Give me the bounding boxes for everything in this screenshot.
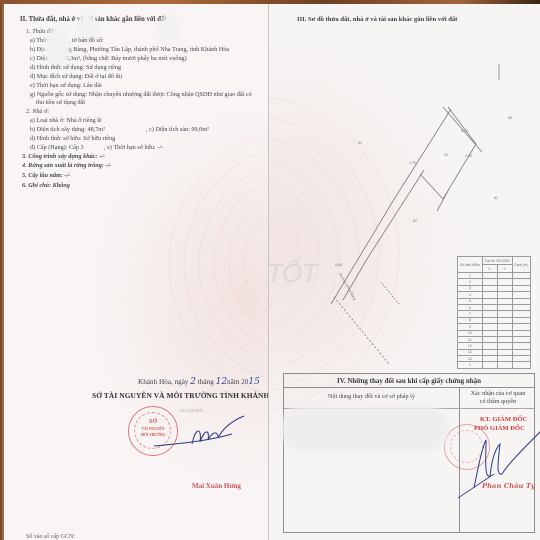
register-number-label: Số vào sổ cấp GCN:: [26, 534, 75, 540]
plot-label: 61: [358, 141, 362, 145]
date-day: 2: [190, 377, 196, 387]
table-header: Tọa độ VN-2000: [482, 257, 512, 265]
land-d: d) Hình thức sử dụng: Sử dụng riêng: [30, 64, 121, 72]
point-id: 1: [458, 362, 483, 368]
redaction-blob: [44, 28, 70, 68]
item-6: 6. Ghi chú: Không: [22, 182, 70, 190]
changes-section: IV. Những thay đổi sau khi cấp giấy chứn…: [283, 373, 535, 533]
redaction-blur: [281, 406, 449, 451]
plot-label: 62: [494, 196, 498, 200]
table-cell: [497, 362, 512, 368]
table-cell: [482, 362, 497, 368]
house-b: b) Diện tích xây dựng: 48,7m²: [30, 126, 105, 134]
left-signer-name: Mai Xuân Hưng: [192, 482, 241, 490]
plot-label: 1,70: [409, 161, 416, 165]
table-row: 1: [458, 362, 531, 368]
signature-mark: [144, 404, 254, 454]
issue-date: Khánh Hòa, ngày 2 tháng 12năm 2015: [138, 377, 260, 387]
table-subheader: X: [482, 265, 497, 273]
house-a: a) Loại nhà ở: Nhà ở riêng lẻ: [30, 117, 102, 125]
item-4: 4. Rừng sản xuất là rừng trồng: -/-: [22, 162, 111, 170]
column-head-confirm-2: có thẩm quyền: [460, 398, 536, 406]
plot-label: 92: [444, 153, 448, 157]
date-prefix: Khánh Hòa, ngày: [138, 378, 189, 386]
date-year-label: năm 20: [227, 378, 248, 386]
house-e: , e) Thời hạn sở hữu: -/-: [104, 144, 163, 152]
right-signer-name: Phan Châu Tỵ: [482, 482, 535, 490]
date-month-label: tháng: [198, 378, 214, 386]
land-e: e) Thời hạn sử dụng: Lâu dài: [30, 82, 102, 90]
date-month: 12: [216, 377, 227, 387]
plot-label: 5,66: [335, 263, 342, 267]
column-head-content: Nội dung thay đổi và cơ sở pháp lý: [284, 393, 459, 401]
house-c: , c) Diện tích sàn: 99,0m²: [146, 126, 209, 134]
table-header: Cạnh (m): [512, 257, 530, 273]
table-subheader: Y: [497, 265, 512, 273]
item-5: 5. Cây lâu năm: -/-: [22, 172, 70, 180]
house-heading: 2. Nhà ở:: [26, 108, 49, 116]
column-head-confirm-1: Xác nhận của cơ quan: [460, 390, 536, 398]
plot-label: 58: [508, 116, 512, 120]
changes-title: IV. Những thay đổi sau khi cấp giấy chứn…: [284, 374, 534, 388]
coordinate-table-body: 12345678910111213141: [458, 273, 531, 369]
coordinate-table: Số hiệu điểm Tọa độ VN-2000 Cạnh (m) X Y…: [457, 256, 531, 369]
land-g: g) Nguồn gốc sử dụng: Nhận chuyển nhượng…: [30, 91, 252, 99]
land-dd: đ) Mục đích sử dụng: Đất ở tại đô thị: [30, 73, 122, 81]
chotot-watermark: chợTỐT: [268, 258, 317, 289]
date-year: 15: [248, 377, 259, 387]
issuer-name: SỞ TÀI NGUYÊN VÀ MÔI TRƯỜNG TỈNH KHÁNH H…: [92, 391, 268, 400]
item-3: 3. Công trình xây dựng khác: -/-: [22, 153, 105, 161]
plot-label: 5,00: [461, 129, 468, 133]
certificate-right-page: III. Sơ đồ thửa đất, nhà ở và tài sản kh…: [268, 4, 540, 540]
land-g2: thu tiền sử dụng đất: [36, 99, 85, 107]
table-cell: [512, 362, 530, 368]
house-d: d) Hình thức sở hữu: Sở hữu riêng: [30, 135, 115, 143]
house-dd: đ) Cấp (Hạng): Cấp 3: [30, 144, 84, 152]
plot-label: 3,93: [465, 154, 472, 158]
table-header: Số hiệu điểm: [458, 257, 483, 273]
plot-label: 62: [413, 219, 417, 223]
certificate-left-page: II. Thửa đất, nhà ở và tài sản khác gắn …: [2, 4, 268, 540]
redaction-blob: [158, 16, 180, 44]
